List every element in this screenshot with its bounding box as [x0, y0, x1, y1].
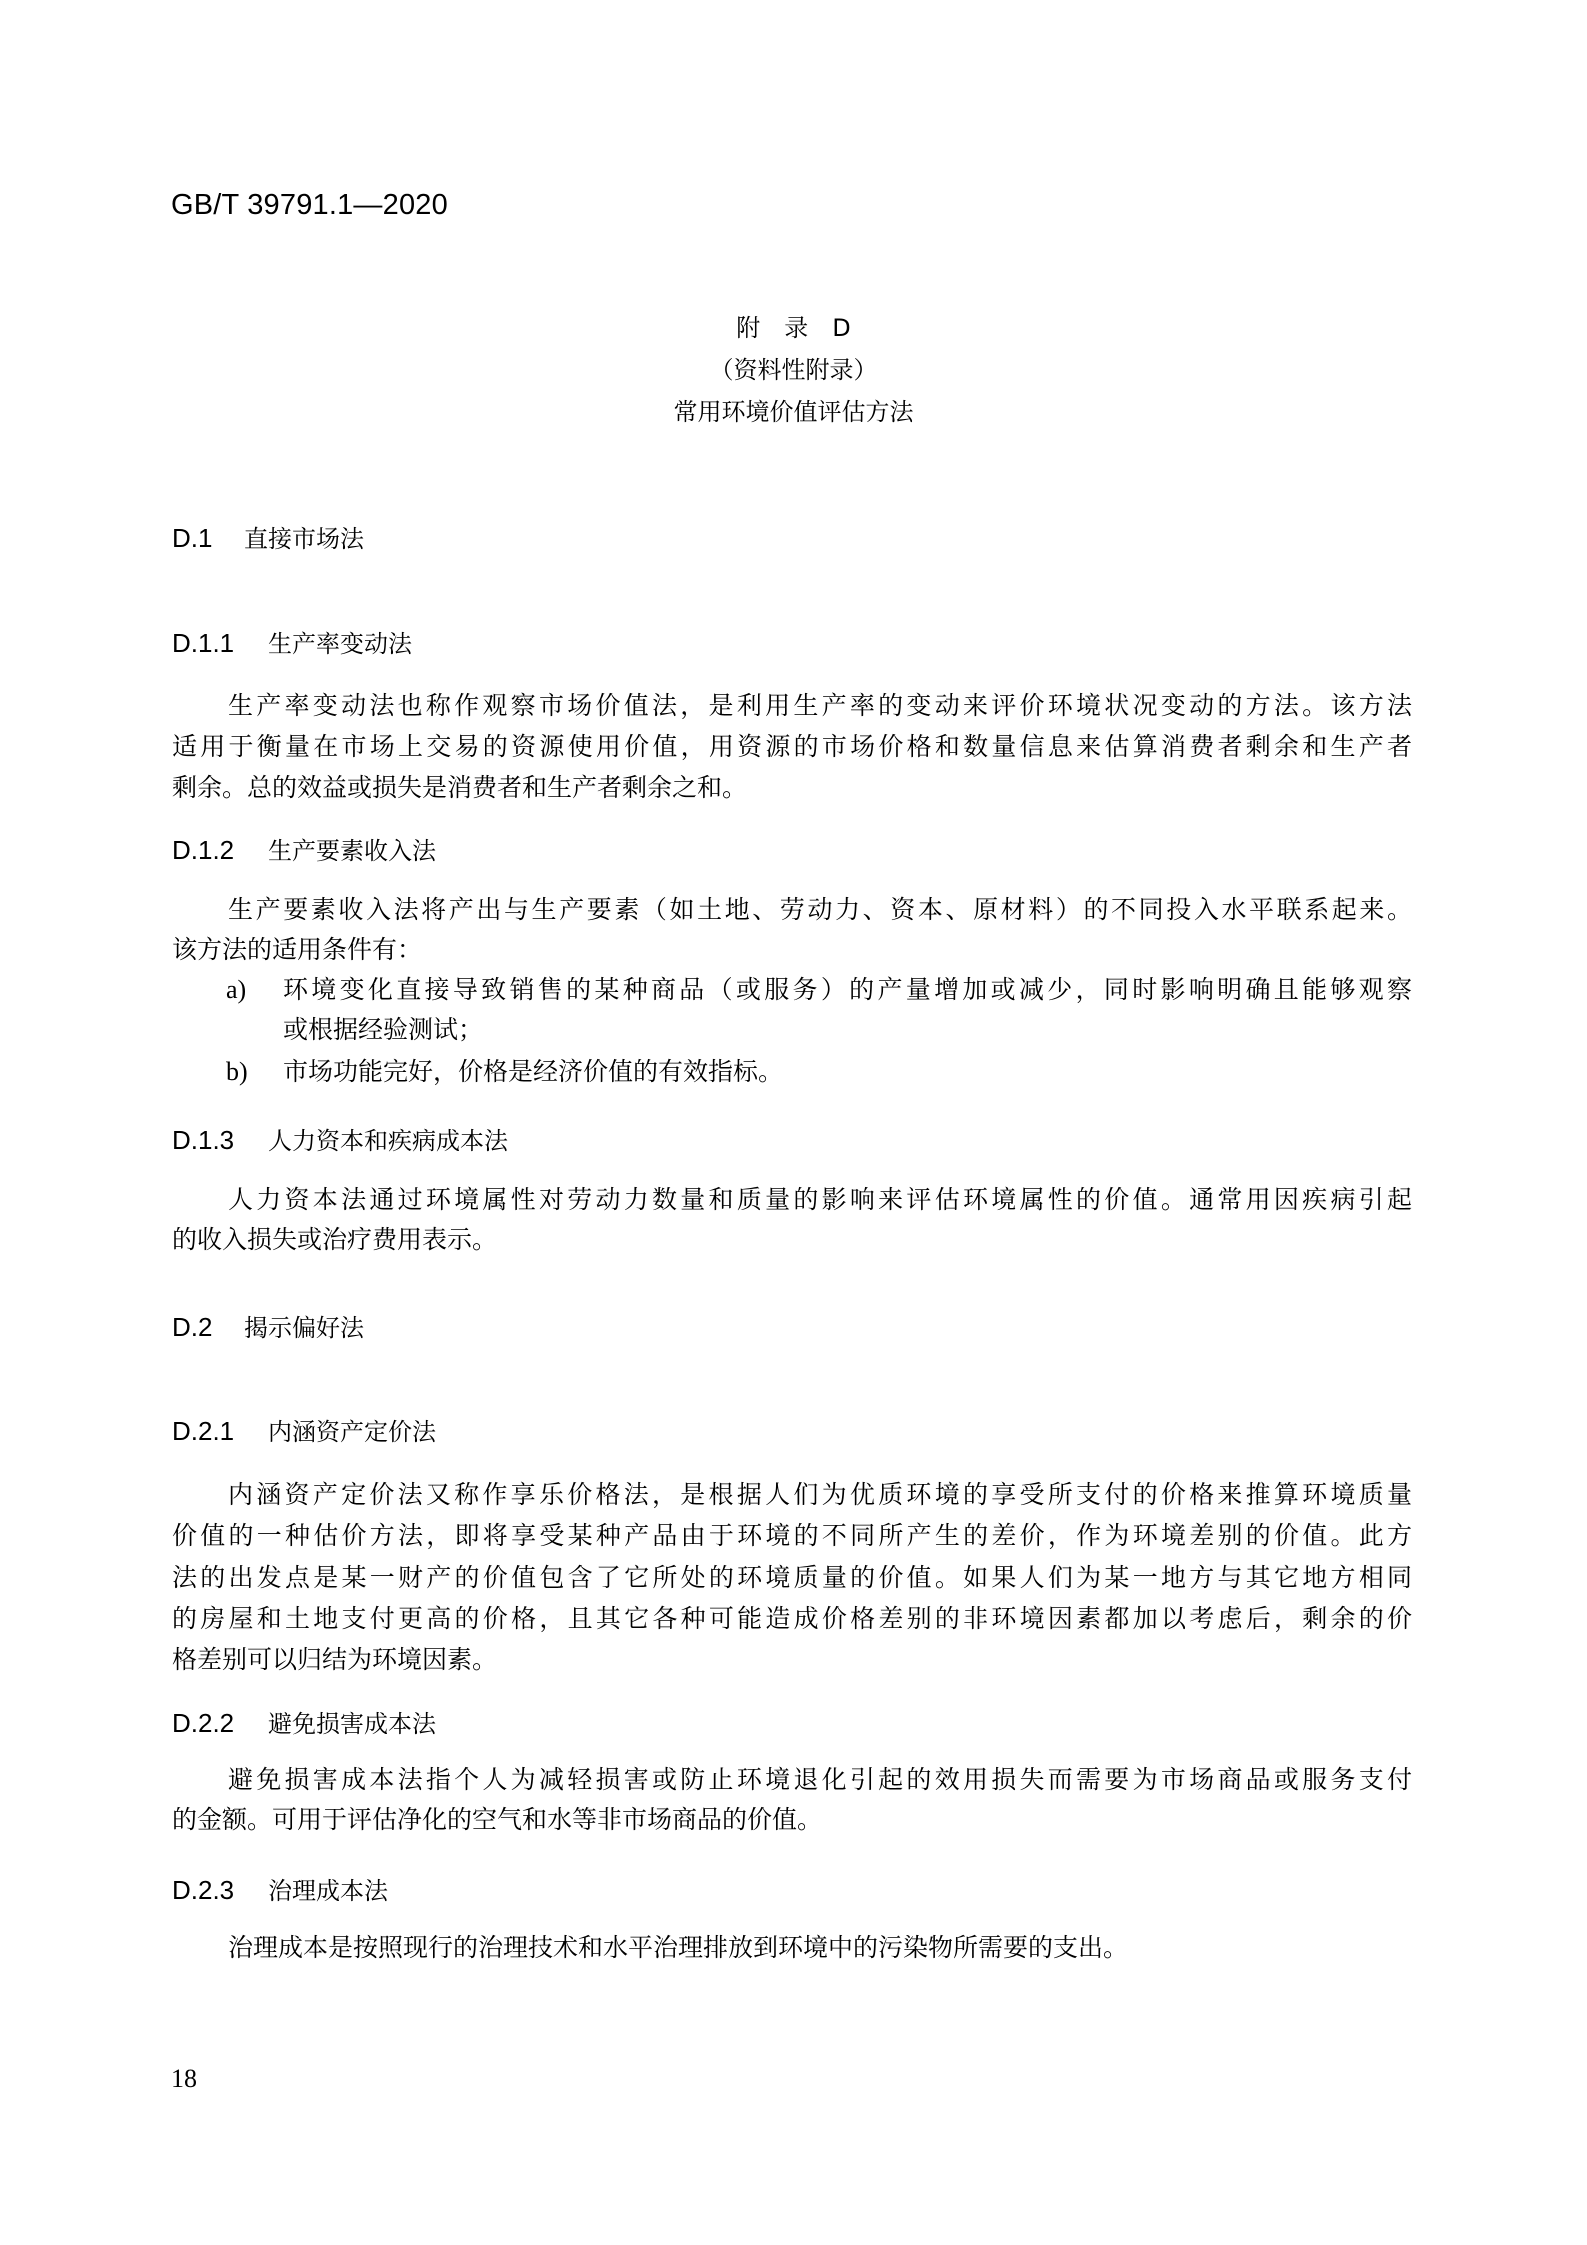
paragraph-line: 的收入损失或治疗费用表示。	[172, 1225, 497, 1255]
annex-label: 附 录 D	[0, 313, 1587, 343]
section-number: D.1.3	[172, 1125, 268, 1155]
section-heading-d2-1: D.2.1内涵资产定价法	[172, 1416, 436, 1447]
list-item-line: 或根据经验测试；	[283, 1015, 483, 1045]
list-item-label-a: a)	[226, 975, 246, 1005]
section-title: 直接市场法	[244, 525, 364, 553]
section-title: 生产要素收入法	[268, 837, 436, 865]
section-title: 人力资本和疾病成本法	[268, 1127, 508, 1155]
section-heading-d1: D.1直接市场法	[172, 523, 364, 554]
section-heading-d1-1: D.1.1生产率变动法	[172, 628, 412, 659]
section-number: D.1.2	[172, 835, 268, 865]
section-heading-d1-3: D.1.3人力资本和疾病成本法	[172, 1125, 508, 1156]
paragraph-line: 该方法的适用条件有：	[172, 935, 422, 965]
section-title: 避免损害成本法	[268, 1710, 436, 1738]
paragraph-line: 的金额。可用于评估净化的空气和水等非市场商品的价值。	[172, 1805, 822, 1835]
annex-title: 常用环境价值评估方法	[0, 397, 1587, 427]
section-number: D.1.1	[172, 628, 268, 658]
list-item-line: 市场功能完好，价格是经济价值的有效指标。	[283, 1057, 783, 1087]
section-number: D.2	[172, 1312, 244, 1342]
paragraph-line: 避免损害成本法指个人为减轻损害或防止环境退化引起的效用损失而需要为市场商品或服务…	[228, 1765, 1412, 1795]
list-item-line: 环境变化直接导致销售的某种商品（或服务）的产量增加或减少，同时影响明确且能够观察	[283, 975, 1412, 1005]
section-number: D.1	[172, 523, 244, 553]
document-standard-number: GB/T 39791.1—2020	[171, 188, 448, 222]
paragraph-line: 生产要素收入法将产出与生产要素（如土地、劳动力、资本、原材料）的不同投入水平联系…	[228, 895, 1412, 925]
paragraph-line: 生产率变动法也称作观察市场价值法，是利用生产率的变动来评价环境状况变动的方法。该…	[228, 691, 1412, 721]
paragraph-line: 治理成本是按照现行的治理技术和水平治理排放到环境中的污染物所需要的支出。	[228, 1933, 1128, 1963]
section-heading-d2-2: D.2.2避免损害成本法	[172, 1708, 436, 1739]
paragraph-line: 格差别可以归结为环境因素。	[172, 1645, 497, 1675]
section-title: 治理成本法	[268, 1877, 388, 1905]
section-heading-d1-2: D.1.2生产要素收入法	[172, 835, 436, 866]
annex-type: （资料性附录）	[0, 355, 1587, 385]
paragraph-line: 价值的一种估价方法，即将享受某种产品由于环境的不同所产生的差价，作为环境差别的价…	[172, 1521, 1412, 1551]
section-title: 揭示偏好法	[244, 1314, 364, 1342]
paragraph-line: 的房屋和土地支付更高的价格，且其它各种可能造成价格差别的非环境因素都加以考虑后，…	[172, 1604, 1412, 1634]
paragraph-line: 适用于衡量在市场上交易的资源使用价值，用资源的市场价格和数量信息来估算消费者剩余…	[172, 732, 1412, 762]
section-number: D.2.3	[172, 1875, 268, 1905]
section-heading-d2-3: D.2.3治理成本法	[172, 1875, 388, 1906]
section-number: D.2.1	[172, 1416, 268, 1446]
section-title: 生产率变动法	[268, 630, 412, 658]
list-item-label-b: b)	[226, 1057, 248, 1087]
section-heading-d2: D.2揭示偏好法	[172, 1312, 364, 1343]
paragraph-line: 内涵资产定价法又称作享乐价格法，是根据人们为优质环境的享受所支付的价格来推算环境…	[228, 1480, 1412, 1510]
paragraph-line: 剩余。总的效益或损失是消费者和生产者剩余之和。	[172, 773, 747, 803]
section-number: D.2.2	[172, 1708, 268, 1738]
section-title: 内涵资产定价法	[268, 1418, 436, 1446]
paragraph-line: 法的出发点是某一财产的价值包含了它所处的环境质量的价值。如果人们为某一地方与其它…	[172, 1563, 1412, 1593]
paragraph-line: 人力资本法通过环境属性对劳动力数量和质量的影响来评估环境属性的价值。通常用因疾病…	[228, 1185, 1412, 1215]
page-number: 18	[171, 2064, 197, 2094]
